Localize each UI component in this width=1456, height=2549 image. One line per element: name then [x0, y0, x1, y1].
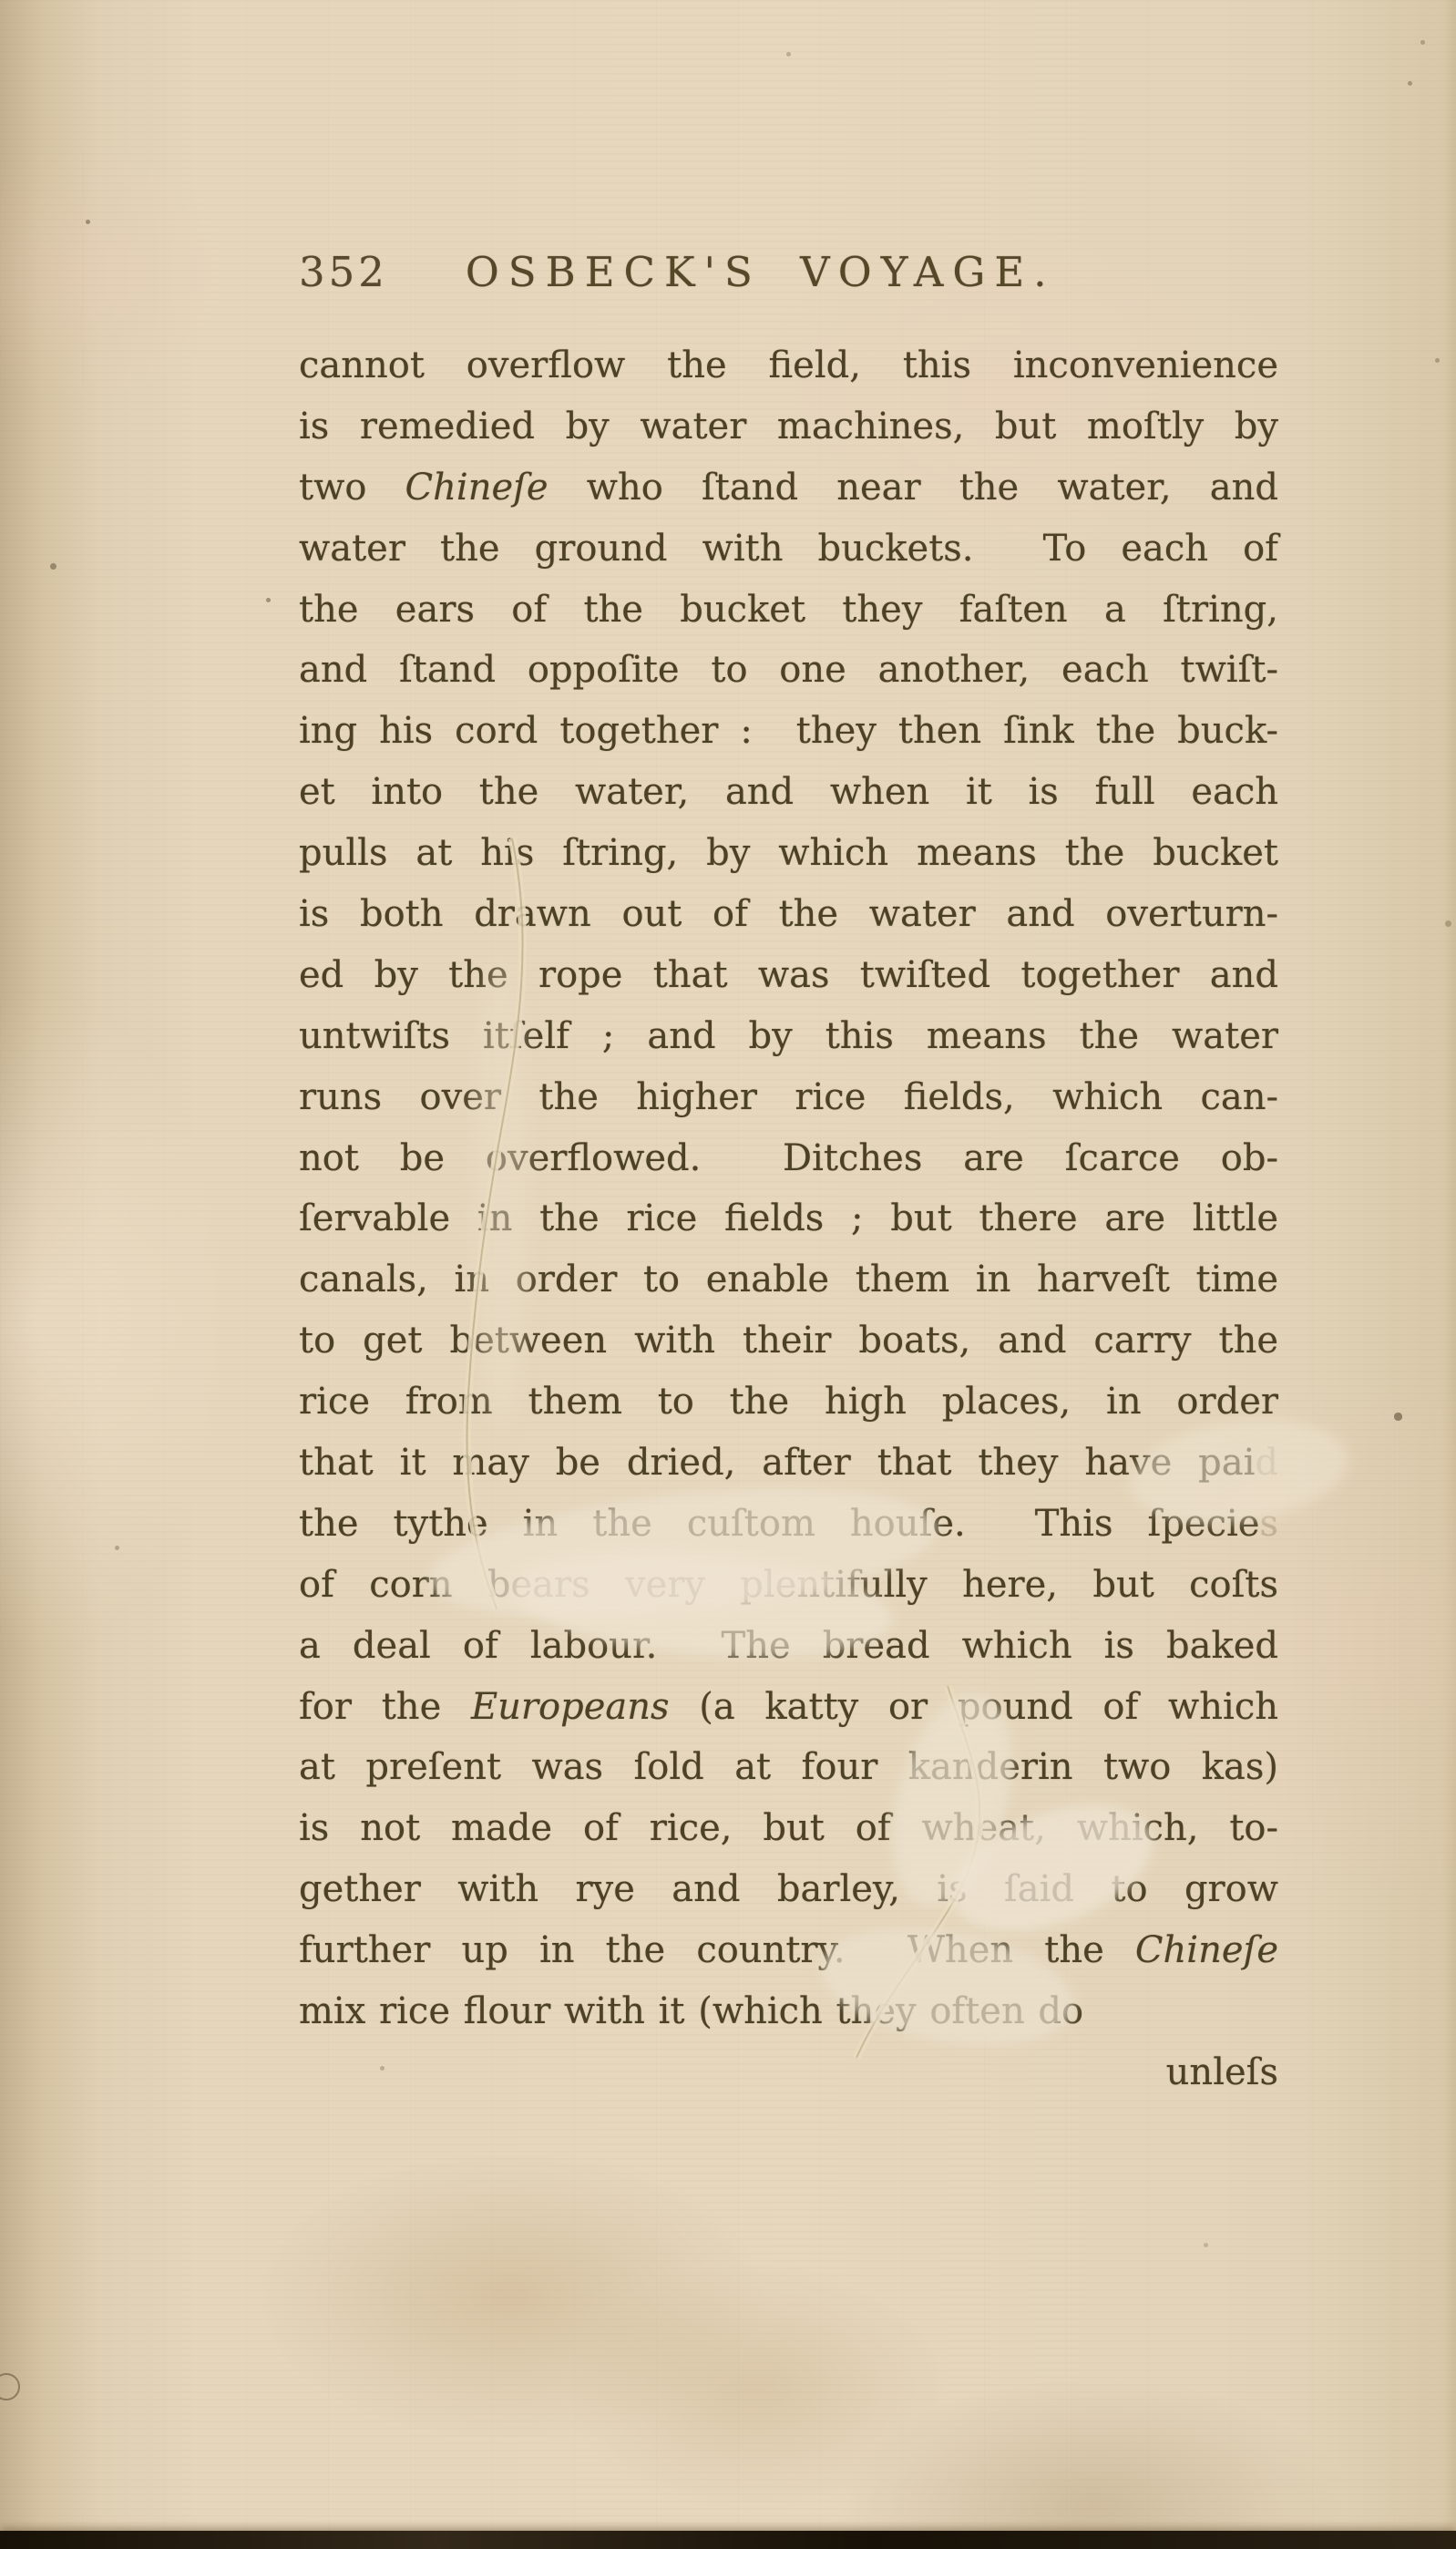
text-line: and ſtand oppoſite to one another, each … [299, 640, 1278, 701]
text-line: ing his cord together : they then ſink t… [299, 701, 1278, 762]
book-page-scan: 352OSBECK'S VOYAGE. cannot overflow the … [0, 0, 1456, 2549]
text-line: further up in the country. When the Chin… [299, 1920, 1278, 1981]
text-line: cannot overflow the field, this inconven… [299, 335, 1278, 396]
text-line: the tythe in the cuſtom houſe. This ſpec… [299, 1494, 1278, 1555]
text-line: two Chineſe who ſtand near the water, an… [299, 457, 1278, 519]
catchword-row: unleſs [299, 2042, 1278, 2103]
text-line: to get between with their boats, and car… [299, 1310, 1278, 1372]
running-title: OSBECK'S VOYAGE. [466, 248, 1056, 296]
text-line: et into the water, and when it is full e… [299, 762, 1278, 823]
text-line: rice from them to the high places, in or… [299, 1372, 1278, 1433]
scan-bottom-edge [0, 2531, 1456, 2549]
page-header: 352OSBECK'S VOYAGE. [299, 248, 1278, 296]
text-line: that it may be dried, after that they ha… [299, 1433, 1278, 1494]
page-number: 352 [299, 248, 388, 296]
text-line: ſervable in the rice fields ; but there … [299, 1188, 1278, 1249]
text-line: is both drawn out of the water and overt… [299, 884, 1278, 945]
text-block: cannot overflow the field, this inconven… [299, 335, 1278, 2042]
text-line: the ears of the bucket they faſten a ſtr… [299, 580, 1278, 641]
text-line: untwiſts itſelf ; and by this means the … [299, 1006, 1278, 1067]
text-line: of corn bears very plentifully here, but… [299, 1555, 1278, 1616]
text-line: runs over the higher rice fields, which … [299, 1067, 1278, 1128]
text-line: is not made of rice, but of wheat, which… [299, 1798, 1278, 1859]
text-line: pulls at his ſtring, by which means the … [299, 823, 1278, 884]
text-line: ed by the rope that was twiſted together… [299, 945, 1278, 1006]
catchword: unleſs [1166, 2051, 1278, 2093]
foxing-specks [0, 0, 3, 3]
ink-doodle [0, 2373, 20, 2400]
text-line: at preſent was ſold at four kanderin two… [299, 1737, 1278, 1798]
text-line: not be overflowed. Ditches are ſcarce ob… [299, 1128, 1278, 1189]
text-line: mix rice flour with it (which they often… [299, 1981, 1278, 2042]
text-line: for the Europeans (a katty or pound of w… [299, 1677, 1278, 1738]
text-line: a deal of labour. The bread which is bak… [299, 1616, 1278, 1677]
text-line: is remedied by water machines, but moſtl… [299, 396, 1278, 457]
text-line: water the ground with buckets. To each o… [299, 519, 1278, 580]
text-line: gether with rye and barley, is ſaid to g… [299, 1859, 1278, 1920]
text-line: canals, in order to enable them in harve… [299, 1249, 1278, 1310]
